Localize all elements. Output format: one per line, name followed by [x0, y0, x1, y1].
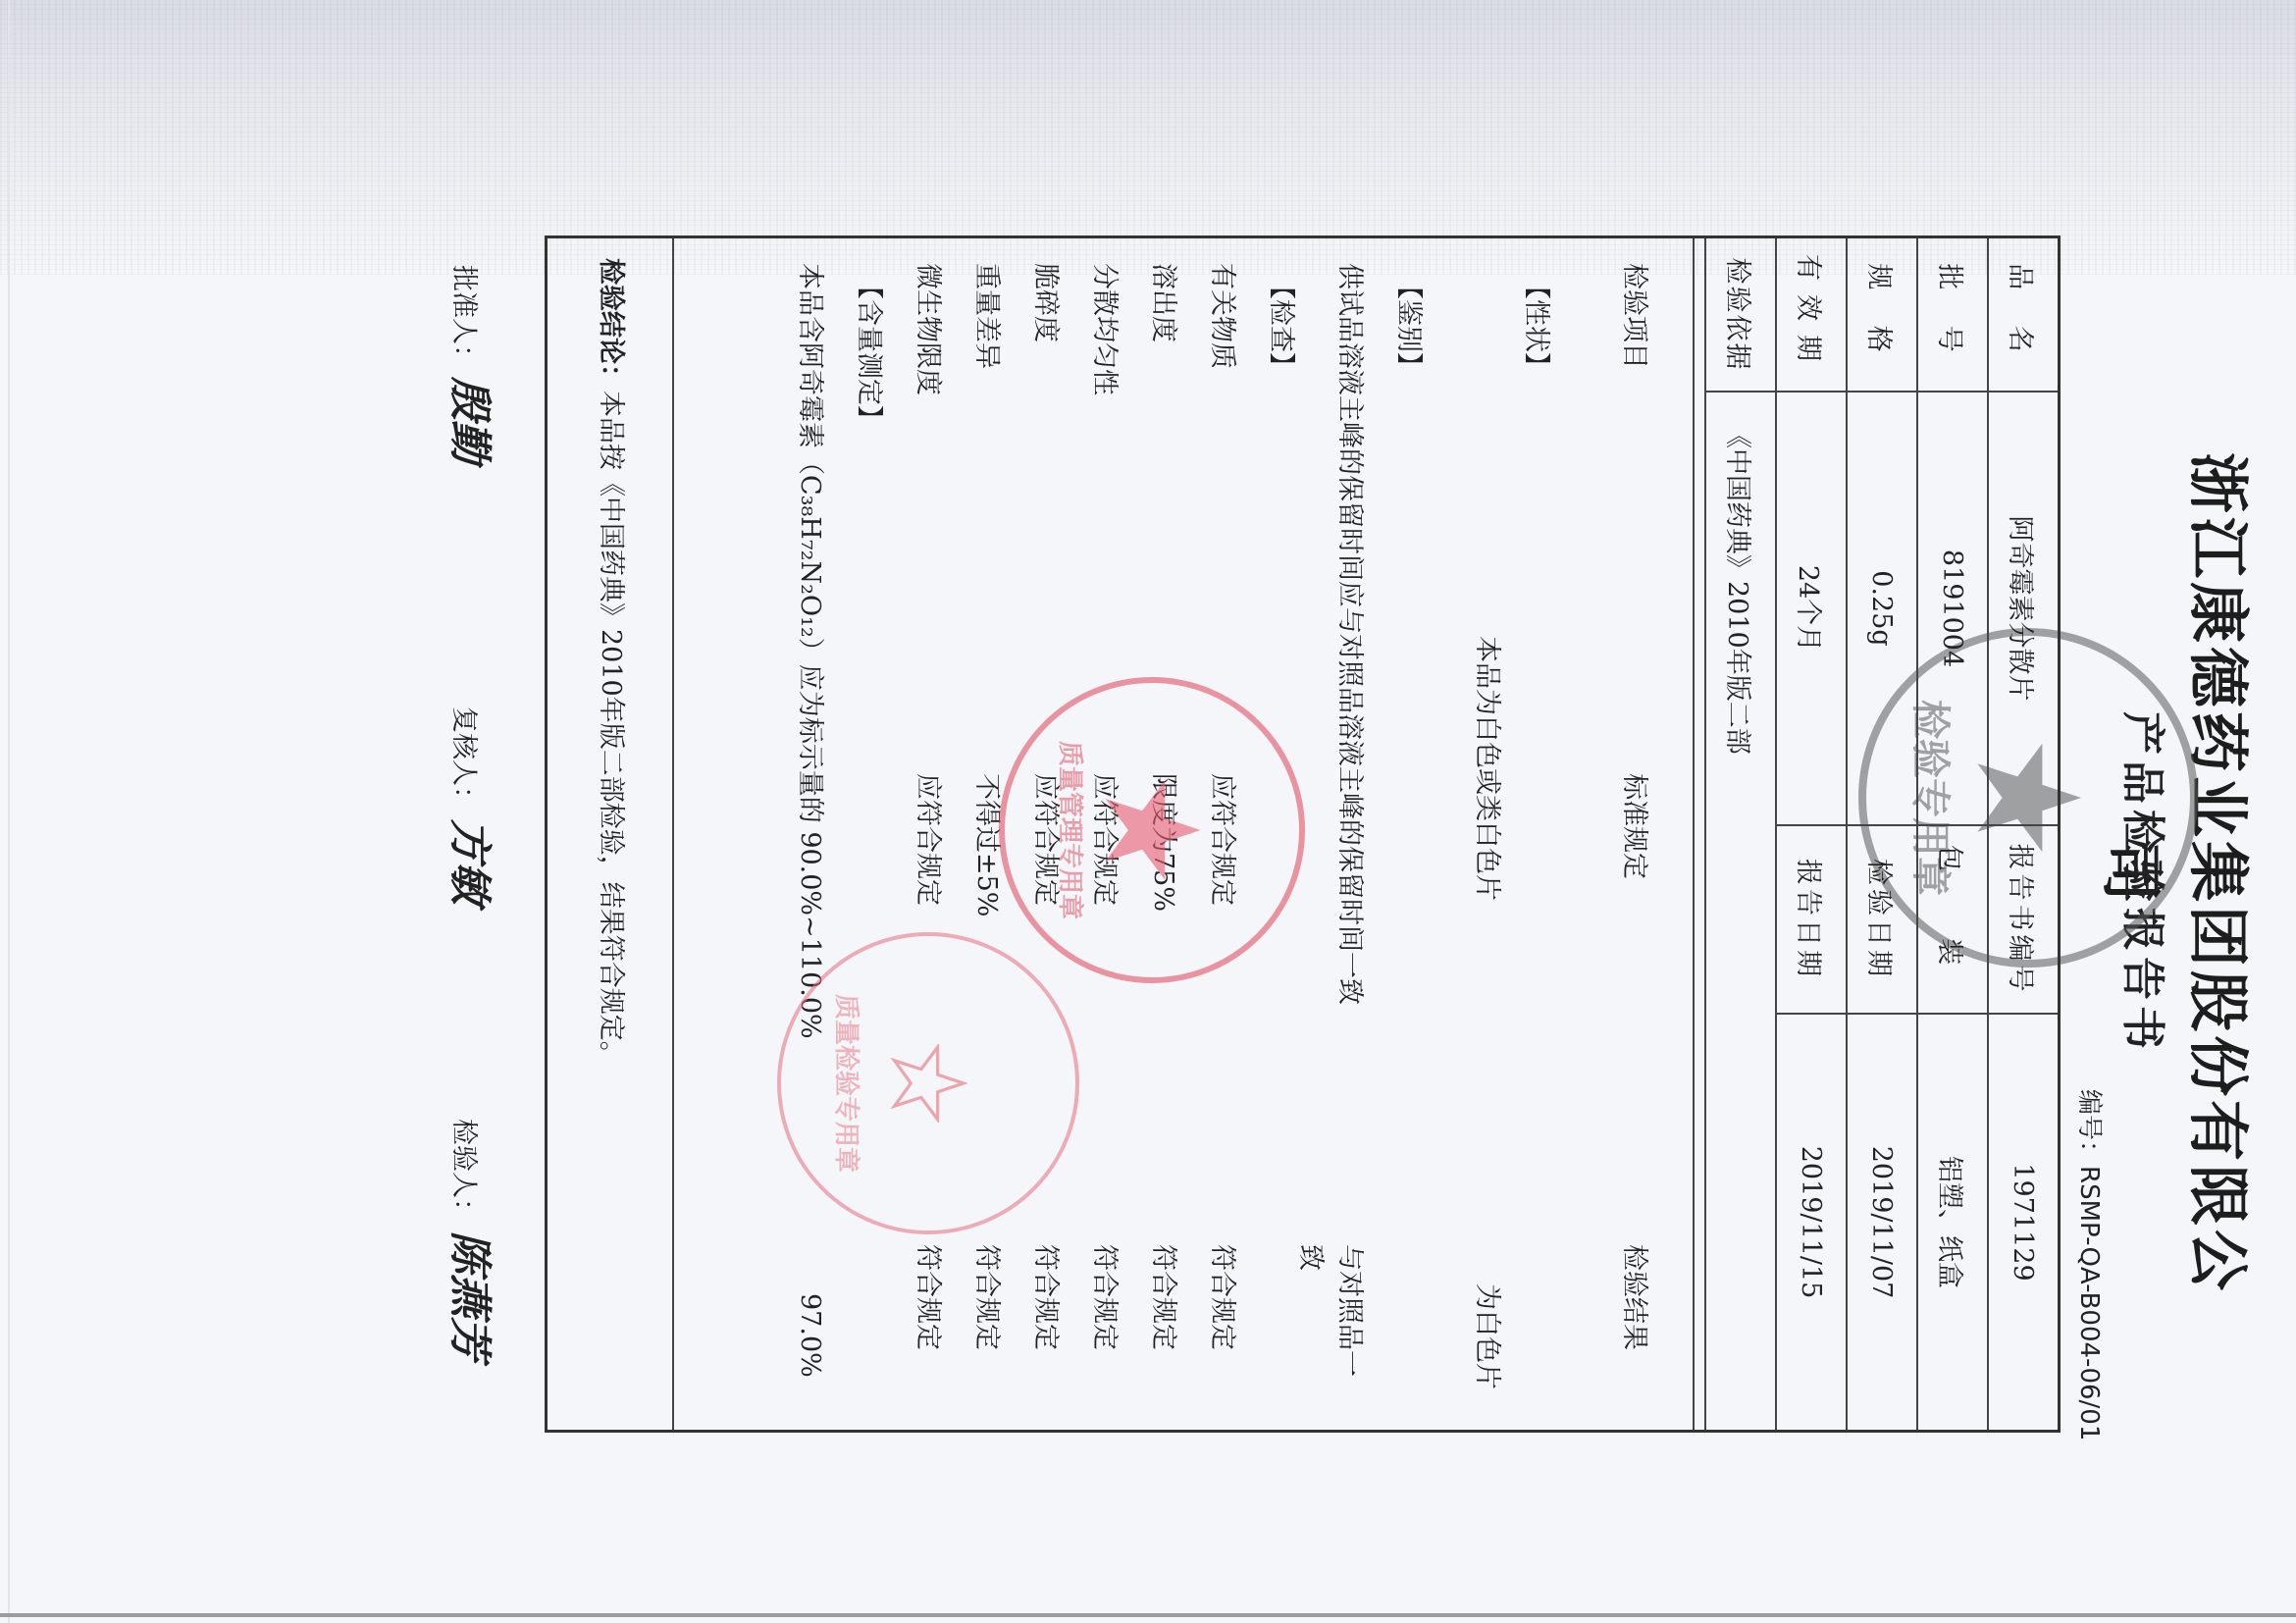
test-row: 分散均匀性 应符合规定 符合规定: [1084, 263, 1123, 1401]
identification-detail: 供试品溶液主峰的保留时间应与对照品溶液主峰的保留时间一致 与对照品一致: [1330, 263, 1369, 1401]
test-items-area: 检验项目 标准规定 检验结果 【性状】 本品为白色或类白色片 为白色片 【鉴别】…: [672, 238, 1695, 1430]
product-name-label: 品 名: [1988, 238, 2058, 392]
column-header-result: 检验结果: [1614, 1244, 1653, 1350]
column-headers: 检验项目 标准规定 检验结果: [1614, 263, 1653, 1401]
appearance-row: 【性状】: [1516, 263, 1555, 1401]
report-date-label: 报告日期: [1776, 825, 1847, 1014]
reviewer-label: 复核人：: [448, 707, 479, 812]
identification-standard: 供试品溶液主峰的保留时间应与对照品溶液主峰的保留时间一致: [1330, 263, 1369, 1005]
validity-label: 有效期: [1776, 238, 1847, 392]
approver-signature: 批准人：殷勤: [443, 265, 505, 463]
inspector-label: 检验人：: [448, 1119, 479, 1225]
test-item: 微生物限度: [908, 263, 947, 395]
report-title: 产品检验报告书: [2115, 628, 2178, 1138]
validity-value: 24个月: [1776, 392, 1847, 825]
header-table: 品 名 阿奇霉素分散片 报告书编号 1971129 批 号 8191004 包 …: [1704, 238, 2058, 1430]
spec-label: 规 格: [1847, 238, 1917, 392]
identification-result: 与对照品一致: [1290, 1244, 1369, 1401]
test-standard: 应符合规定: [1084, 773, 1123, 906]
appearance-standard: 本品为白色或类白色片: [1467, 636, 1506, 901]
spec-value: 0.25g: [1847, 392, 1917, 825]
test-date-label: 检验日期: [1847, 825, 1917, 1014]
reviewer-signature: 复核人：方敏: [443, 707, 505, 905]
report-date-value: 2019/11/15: [1776, 1014, 1847, 1430]
test-item: 重量差异: [966, 263, 1006, 369]
basis-value: 《中国药典》2010年版二部: [1705, 392, 1776, 1430]
header-row: 有效期 24个月 报告日期 2019/11/15: [1776, 238, 1847, 1430]
document-code-label: 编号：: [2074, 1089, 2104, 1166]
assay-result: 97.0%: [790, 1293, 829, 1378]
header-row: 品 名 阿奇霉素分散片 报告书编号 1971129: [1988, 238, 2058, 1430]
inspector-signature: 检验人：陈燕芳: [443, 1119, 505, 1360]
section-title-appearance: 【性状】: [1516, 273, 1555, 379]
section-title-identification: 【鉴别】: [1388, 273, 1428, 379]
test-row: 溶出度 限度为75% 符合规定: [1143, 263, 1182, 1401]
test-result: 符合规定: [1202, 1244, 1241, 1350]
column-header-item: 检验项目: [1614, 263, 1653, 369]
batch-value: 8191004: [1917, 392, 1988, 825]
appearance-result: 为白色片: [1467, 1283, 1506, 1389]
reviewer-name: 方敏: [444, 818, 495, 905]
test-standard: 应符合规定: [1025, 773, 1065, 906]
test-standard: 应符合规定: [1202, 773, 1241, 906]
assay-standard: 本品含阿奇霉素（C₃₈H₇₂N₂O₁₂）应为标示量的 90.0%~110.0%: [790, 263, 829, 1039]
test-item: 分散均匀性: [1084, 263, 1123, 395]
test-result: 符合规定: [1143, 1244, 1182, 1350]
conclusion-row: 检验结论：本品按《中国药典》2010年版二部检验，结果符合规定。: [543, 238, 674, 1430]
test-result: 符合规定: [966, 1244, 1006, 1350]
identification-row: 【鉴别】: [1388, 263, 1428, 1401]
appearance-detail: 本品为白色或类白色片 为白色片: [1467, 263, 1506, 1401]
assay-detail: 本品含阿奇霉素（C₃₈H₇₂N₂O₁₂）应为标示量的 90.0%~110.0% …: [790, 263, 829, 1401]
conclusion-text: 检验结论：本品按《中国药典》2010年版二部检验，结果符合规定。: [595, 258, 633, 1068]
approver-name: 殷勤: [444, 377, 495, 463]
test-result: 符合规定: [908, 1244, 947, 1350]
test-item: 脆碎度: [1025, 263, 1065, 342]
assay-row: 【含量测定】: [849, 263, 888, 1401]
tests-row: 【检查】: [1261, 263, 1300, 1401]
product-name-value: 阿奇霉素分散片: [1988, 392, 2058, 825]
header-row: 批 号 8191004 包 装 铝塑、纸盒: [1917, 238, 1988, 1430]
report-no-value: 1971129: [1988, 1014, 2058, 1430]
section-title-assay: 【含量测定】: [849, 273, 888, 432]
inspector-name: 陈燕芳: [444, 1230, 495, 1360]
test-result: 符合规定: [1025, 1244, 1065, 1350]
test-row: 重量差异 不得过±5% 符合规定: [966, 263, 1006, 1401]
report-page: 浙江康德药业集团股份有限公司 产品检验报告书 编号：RSMP-QA-B004-0…: [0, 0, 2296, 1623]
test-result: 符合规定: [1084, 1244, 1123, 1350]
approver-label: 批准人：: [448, 265, 479, 371]
column-header-standard: 标准规定: [1614, 773, 1653, 879]
header-row: 检验依据 《中国药典》2010年版二部: [1705, 238, 1776, 1430]
test-row: 微生物限度 应符合规定 符合规定: [908, 263, 947, 1401]
test-row: 有关物质 应符合规定 符合规定: [1202, 263, 1241, 1401]
document-code-value: RSMP-QA-B004-06/01: [2074, 1166, 2104, 1440]
packaging-label: 包 装: [1917, 825, 1988, 1014]
basis-label: 检验依据: [1705, 238, 1776, 392]
test-standard: 限度为75%: [1143, 773, 1182, 912]
batch-label: 批 号: [1917, 238, 1988, 392]
test-date-value: 2019/11/07: [1847, 1014, 1917, 1430]
test-standard: 应符合规定: [908, 773, 947, 906]
conclusion-label: 检验结论：: [596, 258, 626, 391]
report-no-label: 报告书编号: [1988, 825, 2058, 1014]
header-row: 规 格 0.25g 检验日期 2019/11/07: [1847, 238, 1917, 1430]
test-item: 有关物质: [1202, 263, 1241, 369]
test-row: 脆碎度 应符合规定 符合规定: [1025, 263, 1065, 1401]
test-item: 溶出度: [1143, 263, 1182, 342]
conclusion-value: 本品按《中国药典》2010年版二部检验，结果符合规定。: [596, 391, 626, 1068]
report-table: 品 名 阿奇霉素分散片 报告书编号 1971129 批 号 8191004 包 …: [545, 236, 2061, 1433]
packaging-value: 铝塑、纸盒: [1917, 1014, 1988, 1430]
section-title-tests: 【检查】: [1261, 273, 1300, 379]
document-code: 编号：RSMP-QA-B004-06/01: [2073, 1089, 2110, 1440]
test-standard: 不得过±5%: [966, 773, 1006, 916]
